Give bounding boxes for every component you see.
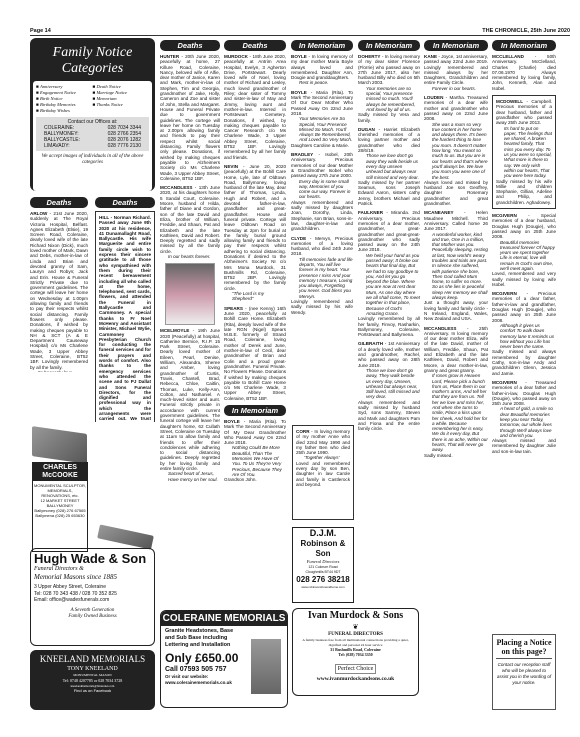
memoriam-col-8: In Memoriam MCCLELLAND - 50th Anniversar… [492,40,556,630]
notice-murdock: MURDOCK - 18th June 2020, peacefully at … [224,54,286,160]
deaths-col-3: Deaths HUNTER - 20th June 2020, peaceful… [160,40,220,550]
accept-note: We accept images of individuals in all o… [36,154,149,166]
deaths-col-1: Deaths ARLOW - 21st June 2020, suddenly … [30,197,88,372]
page-number: Page 14 [30,28,51,34]
memoriam-col-5: In Memoriam BOYLE - In loving memory of … [291,40,353,452]
murdock-website[interactable]: www.ivanmurdockandsons.co.uk [293,675,418,683]
notice-nevin: NEVIN - June 20, 2020 (peacefully) at th… [224,164,286,302]
offices-box: Contact our Offices at: COLERAINE:028 70… [36,117,149,151]
headstone-image [251,639,281,694]
placing-notice-box: Placing a Notice on this page? Contact o… [492,634,556,710]
notice-arlow: ARLOW - 21st June 2020, suddenly at The … [30,211,88,372]
notice-hunter: HUNTER - 20th June 2020, peacefully at h… [160,54,220,181]
ad-mccooke[interactable]: CHARLESMcCOOKE MONUMENTAL SCULPTOR, MEMO… [32,462,88,552]
deaths-col-4: Deaths MURDOCK - 18th June 2020, peacefu… [224,40,286,555]
deaths-col-2: Deaths HILL - Norman Richard. Passed awa… [95,197,155,422]
paper-title: THE CHRONICLE, 25th June 2020 [482,28,570,34]
ad-coleraine-memorials[interactable]: COLERAINE MEMORIALS Granite Headstones, … [160,610,288,708]
section-deaths: Deaths [30,197,88,208]
portrait-photo [165,263,215,325]
ad-hugh-wade[interactable]: Hugh Wade & Son Funeral Directors & Memo… [30,548,155,646]
notice-hill: HILL - Norman Richard. Passed away June … [95,211,155,422]
pen-icon [97,524,154,549]
categories-title: Family NoticeCategories [33,45,152,77]
notice-spears: SPEARS - (nee Kenny) 16th June 2020, pea… [224,306,286,401]
notice-boyle-grandson: BOYLE - Maria (Rita). To Mark The Second… [224,419,286,483]
categories-box: Family NoticeCategories AnniversaryDeath… [30,38,155,191]
notice-mccandless: MCCANDLESS - 13th June 2020, at his daug… [160,185,220,259]
ad-ivan-murdock[interactable]: Ivan Murdock & Sons ❦ FUNERAL DIRECTORS … [292,608,419,696]
category-list: AnniversaryDeath Notice Engagement Notic… [36,84,149,114]
memoriam-col-6: In Memoriam DOHERTY - In loving memory o… [358,40,420,600]
bible-icon [32,426,87,464]
facebook-link[interactable]: Find us on Facebook [31,688,154,694]
page-header: Page 14 THE CHRONICLE, 25th June 2020 [30,28,570,36]
memoriam-col-7: In Memoriam KANE - Joyce, 1st anniversar… [424,40,488,705]
ad-djm-robinson[interactable]: D.J.M. Robinson & Son Funeral Directors … [292,527,354,603]
notice-mcelmoyle: MCELMOYLE - 19th June 2020 (Peacefully) … [160,328,220,482]
ad-kneeland[interactable]: KNEELAND MEMORIALS TONY KNEELAND MONUMEN… [30,650,155,710]
notice-corr: CORR - In loving memory of my mother Ann… [292,425,354,520]
